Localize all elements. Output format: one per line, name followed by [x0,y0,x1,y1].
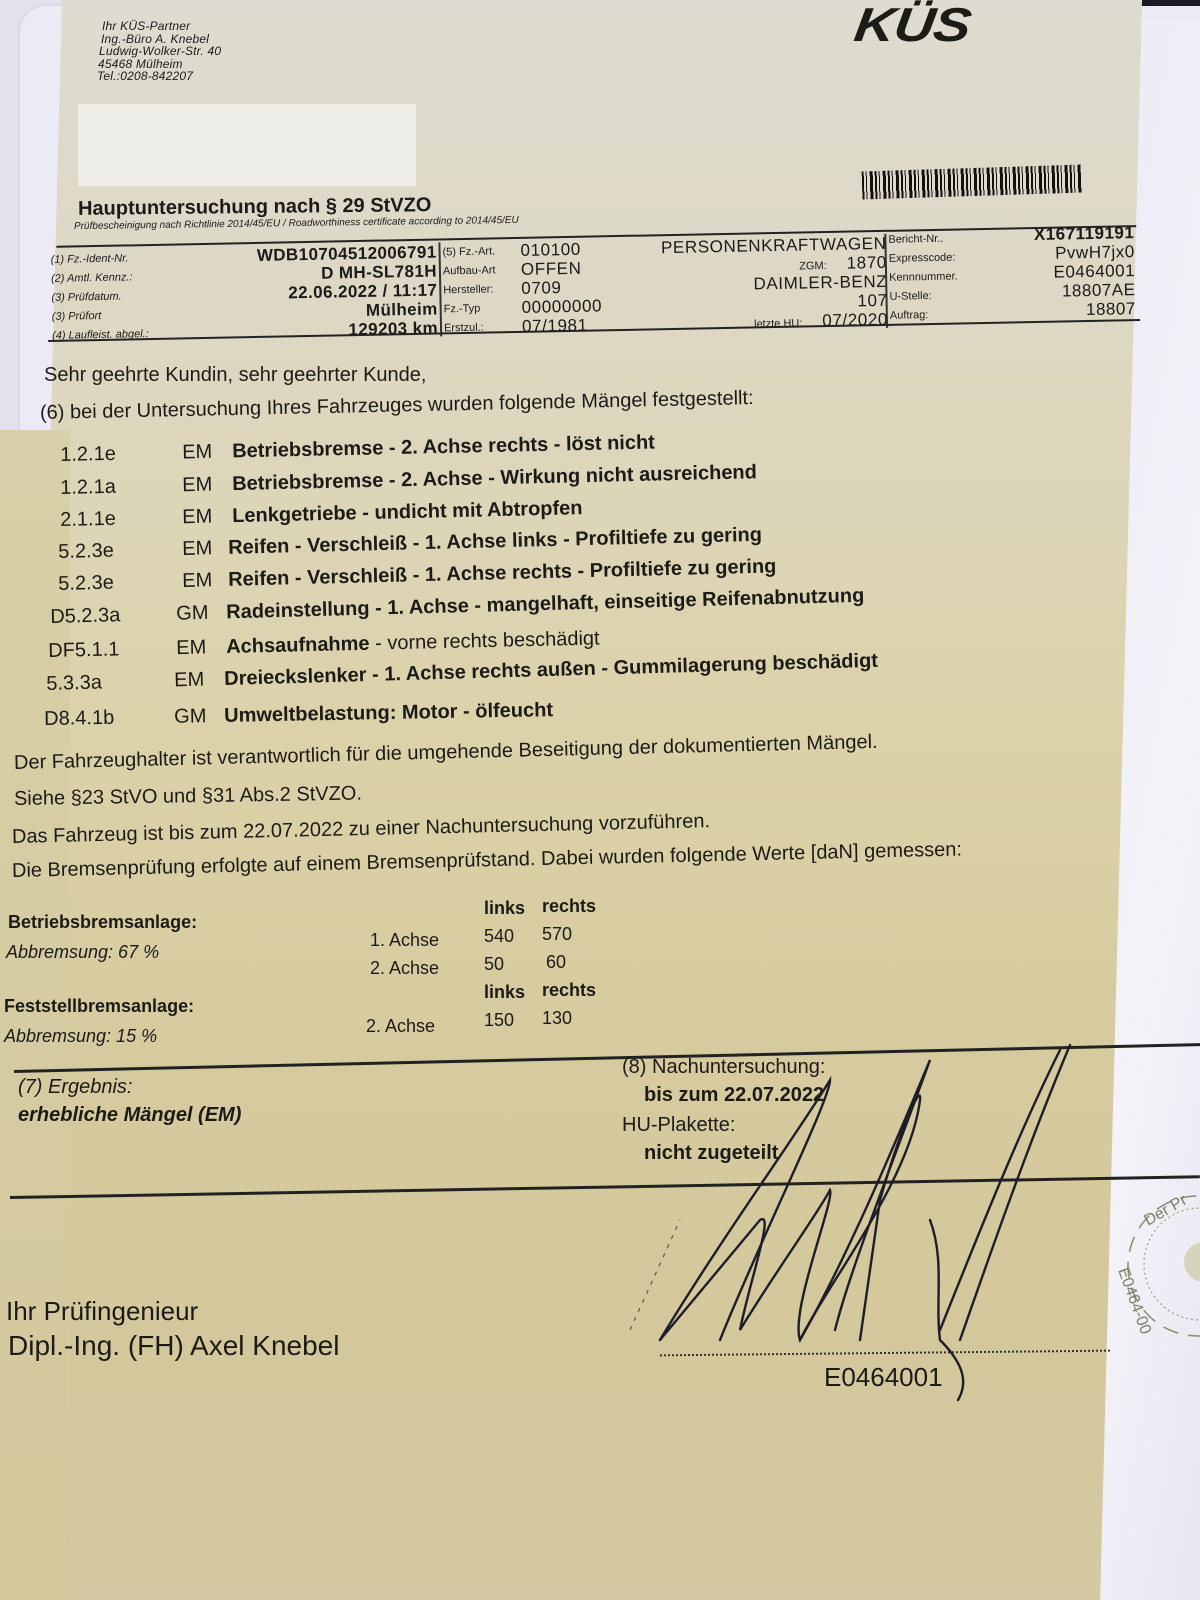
engineer-name: Dipl.-Ing. (FH) Axel Knebel [8,1330,339,1362]
defect-code: 5.2.3e [58,572,114,596]
field-label: (2) Amtl. Kennz.: [51,271,133,285]
defect-description: Reifen - Verschleiß - 1. Achse links - P… [228,524,762,560]
signature-icon [600,1040,1120,1440]
defect-description: Lenkgetriebe - undicht mit Abtropfen [232,497,583,528]
defect-severity: EM [182,474,213,498]
notice-responsibility: Der Fahrzeughalter ist verantwortlich fü… [14,731,878,775]
defect-description: Reifen - Verschleiß - 1. Achse rechts - … [228,555,777,591]
defects-intro: (6) bei der Untersuchung Ihres Fahrzeuge… [40,387,754,425]
last-inspection-value: letzte HU:07/2020 [754,310,888,333]
defect-severity: EM [182,537,213,561]
order-number: 18807 [1086,299,1136,320]
parking-brake-deceleration: Abbremsung: 15 % [4,1026,157,1047]
first-registration-value: 07/1981 [522,316,588,337]
defect-severity: EM [182,441,212,465]
kues-logo: KÜS [851,0,974,52]
defect-description: Betriebsbremse - 2. Achse - Wirkung nich… [232,461,757,496]
vehicle-model: 107 [837,291,888,312]
result-value: erhebliche Mängel (EM) [18,1104,241,1127]
defect-code: 5.3.3a [46,671,102,696]
defect-severity: EM [176,636,207,660]
brake-value-right: 130 [542,1008,572,1029]
barcode-icon [862,165,1083,200]
axle-label: 2. Achse [370,958,439,979]
axle-label: 2. Achse [366,1016,435,1037]
sender-line: Tel.:0208-842207 [97,70,221,83]
field-label: Hersteller: [443,283,493,296]
redacted-address-block [78,104,416,186]
field-label: Expresscode: [889,252,956,265]
defect-description: Umweltbelastung: Motor - ölfeucht [224,699,553,728]
service-brake-title: Betriebsbremsanlage: [8,912,197,933]
field-label: Aufbau-Art [443,264,496,277]
vehicle-class-code: 010100 [520,240,581,261]
defect-severity: GM [174,705,207,729]
defect-code: 5.2.3e [58,540,114,564]
sender-line: Ihr KÜS-Partner [102,20,221,33]
defect-code: 2.1.1e [60,508,116,532]
col-header-right: rechts [542,980,596,1001]
col-header-right: rechts [542,896,596,917]
defect-code: D5.2.3a [50,604,121,629]
brake-value-right: 60 [546,952,566,973]
service-brake-deceleration: Abbremsung: 67 % [6,942,159,963]
defect-severity: EM [182,569,213,593]
vehicle-fields: (1) Fz.-Ident-Nr.WDB10704512006791 (2) A… [50,243,438,345]
parking-brake-title: Feststellbremsanlage: [4,996,194,1017]
field-label: Auftrag: [890,309,929,322]
brake-value-left: 540 [484,926,514,947]
defect-description: Achsaufnahme - vorne rechts beschädigt [226,627,600,658]
engineer-role: Ihr Prüfingenieur [6,1296,198,1327]
mileage-value: 129203 km [348,318,438,340]
defect-description: Radeinstellung - 1. Achse - mangelhaft, … [226,585,865,625]
official-stamp-icon: Der Pr E0464-00 [1108,1180,1200,1360]
brake-value-left: 50 [484,954,504,975]
manufacturer-code: 0709 [521,278,562,299]
field-label: (1) Fz.-Ident-Nr. [51,252,129,265]
defect-severity: EM [174,669,205,693]
field-label: (3) Prüfdatum. [51,291,122,304]
notice-reinspection: Das Fahrzeug ist bis zum 22.07.2022 zu e… [12,810,711,849]
defect-severity: EM [182,506,213,530]
col-header-left: links [484,898,525,919]
defect-description: Betriebsbremse - 2. Achse rechts - löst … [232,432,655,464]
brake-value-left: 150 [484,1010,514,1031]
defect-severity: GM [176,602,209,626]
field-label: (3) Prüfort [52,310,102,323]
svg-text:E0464-00: E0464-00 [1114,1266,1154,1337]
divider [438,242,441,336]
sender-address: Ihr KÜS-Partner Ing.-Büro A. Knebel Ludw… [102,20,221,83]
inspection-station: 18807AE [1062,280,1136,301]
sender-line: Ludwig-Wolker-Str. 40 [99,45,221,58]
inspection-place-value: Mülheim [366,299,438,320]
col-header-left: links [484,982,525,1003]
vehicle-details: (5) Fz.-Art.010100PERSONENKRAFTWAGEN Auf… [442,234,888,338]
field-label: (5) Fz.-Art. [442,245,495,258]
defect-code: 1.2.1a [60,476,116,500]
defect-code: 1.2.1e [60,443,116,467]
vehicle-header-table: (1) Fz.-Ident-Nr.WDB10704512006791 (2) A… [46,205,1148,354]
field-label: Bericht-Nr.. [888,233,943,246]
result-label: (7) Ergebnis: [18,1076,133,1099]
report-info: Bericht-Nr..X167119191 Expresscode:PvwH7… [888,223,1136,323]
brake-value-right: 570 [542,924,572,945]
greeting: Sehr geehrte Kundin, sehr geehrter Kunde… [44,364,426,387]
field-label: Kennnummer. [889,271,958,284]
document: Ihr KÜS-Partner Ing.-Büro A. Knebel Ludw… [0,0,1200,1600]
field-label: U-Stelle: [889,290,931,303]
axle-label: 1. Achse [370,930,439,951]
defect-code: D8.4.1b [44,707,114,731]
defect-code: DF5.1.1 [48,638,120,663]
notice-regulation: Siehe §23 StVO und §31 Abs.2 StVZO. [14,783,362,811]
field-label: Fz.-Typ [444,303,481,316]
body-type-value: OFFEN [521,259,582,280]
